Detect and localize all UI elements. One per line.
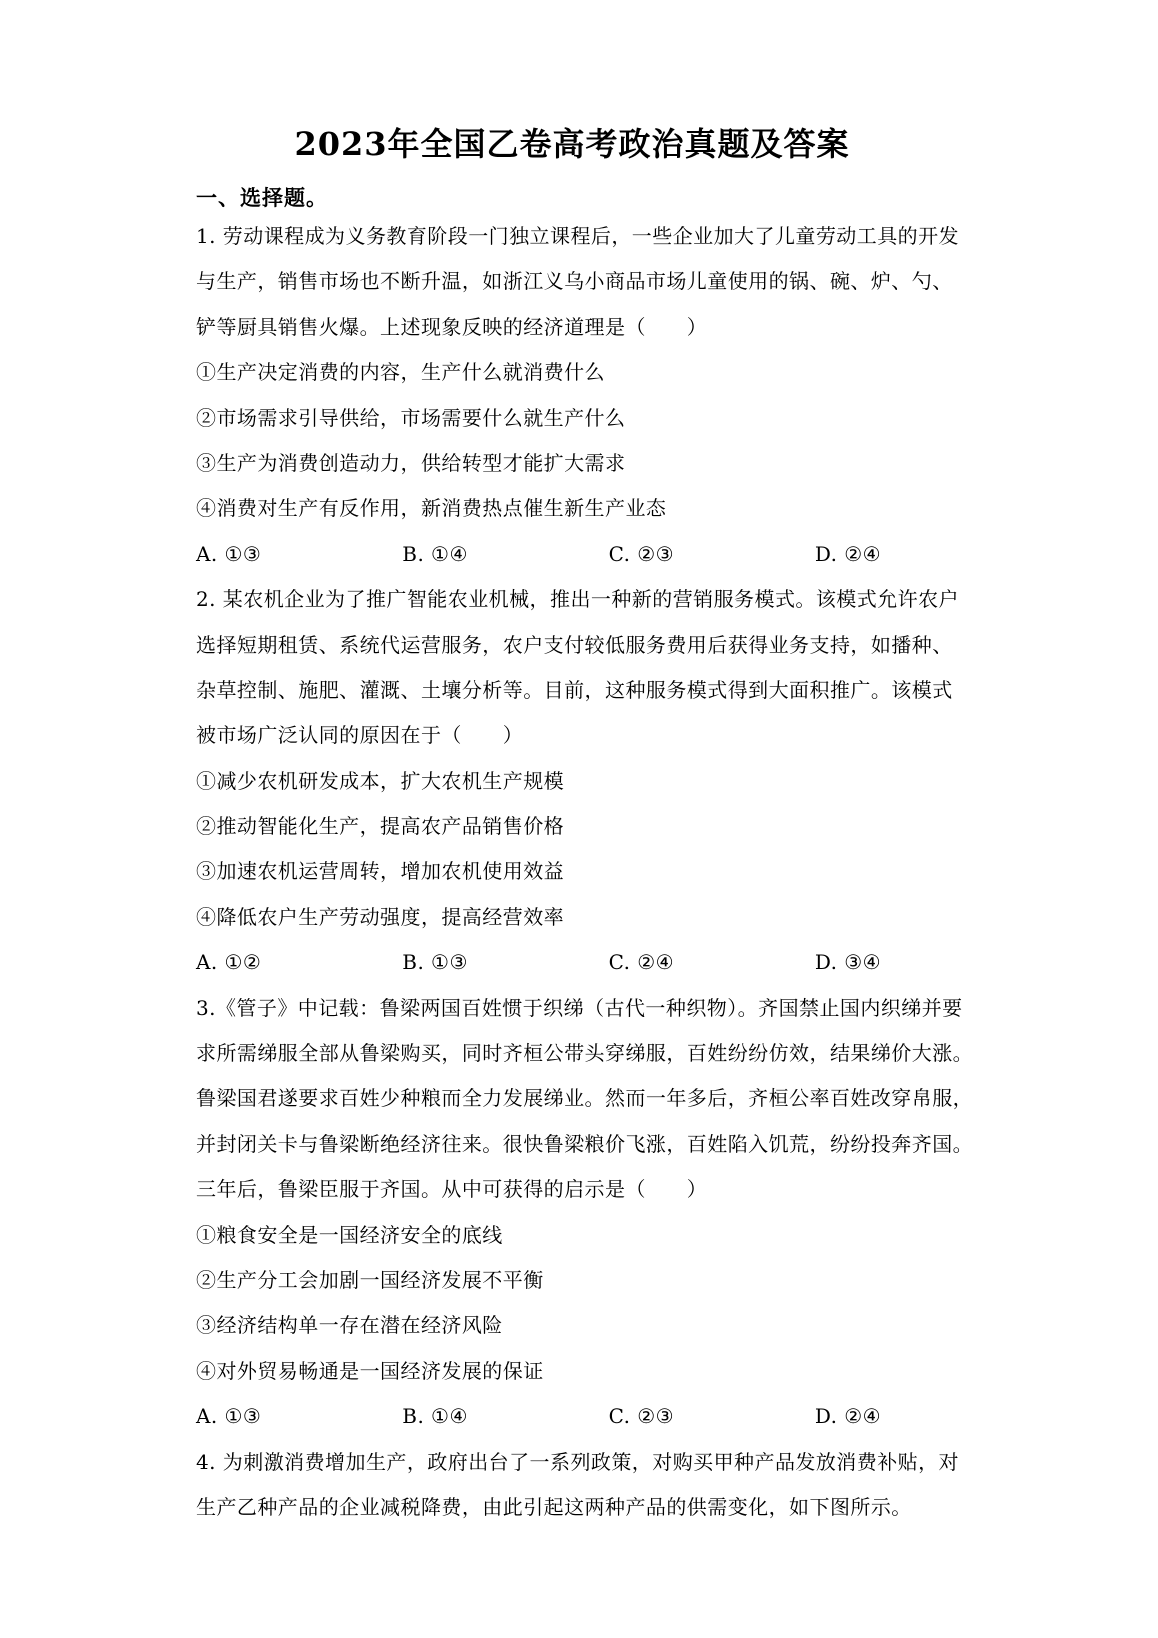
question-1-line-6: ③生产为消费创造动力，供给转型才能扩大需求 [196, 441, 948, 486]
question-3-line-6: ①粮食安全是一国经济安全的底线 [196, 1213, 948, 1258]
document-content: 2023年全国乙卷高考政治真题及答案 一、选择题。 1. 劳动课程成为义务教育阶… [196, 0, 948, 1530]
question-1-option-C: C. ②③ [609, 532, 815, 577]
question-3-line-1: 3.《管子》中记载：鲁梁两国百姓惯于织绨（古代一种织物）。齐国禁止国内织绨并要 [196, 986, 948, 1031]
question-3-option-B: B. ①④ [402, 1394, 608, 1439]
question-1-line-4: ①生产决定消费的内容，生产什么就消费什么 [196, 350, 948, 395]
question-2-option-B: B. ①③ [402, 940, 608, 985]
question-1-option-B: B. ①④ [402, 532, 608, 577]
section-heading: 一、选择题。 [196, 181, 948, 214]
question-3-line-7: ②生产分工会加剧一国经济发展不平衡 [196, 1258, 948, 1303]
document-title: 2023年全国乙卷高考政治真题及答案 [196, 0, 948, 168]
questions-container: 1. 劳动课程成为义务教育阶段一门独立课程后，一些企业加大了儿童劳动工具的开发与… [196, 214, 948, 1530]
question-1-line-3: 铲等厨具销售火爆。上述现象反映的经济道理是（ ） [196, 305, 948, 350]
question-2-line-5: ①减少农机研发成本，扩大农机生产规模 [196, 759, 948, 804]
question-3-line-3: 鲁梁国君遂要求百姓少种粮而全力发展绨业。然而一年多后，齐桓公率百姓改穿帛服， [196, 1076, 948, 1121]
question-2-line-2: 选择短期租赁、系统代运营服务，农户支付较低服务费用后获得业务支持，如播种、 [196, 623, 948, 668]
question-2-line-1: 2. 某农机企业为了推广智能农业机械，推出一种新的营销服务模式。该模式允许农户 [196, 577, 948, 622]
question-4-line-1: 4. 为刺激消费增加生产，政府出台了一系列政策，对购买甲种产品发放消费补贴，对 [196, 1440, 948, 1485]
question-1-line-5: ②市场需求引导供给，市场需要什么就生产什么 [196, 396, 948, 441]
question-3-line-5: 三年后，鲁梁臣服于齐国。从中可获得的启示是（ ） [196, 1167, 948, 1212]
question-2-option-C: C. ②④ [609, 940, 815, 985]
question-3-line-8: ③经济结构单一存在潜在经济风险 [196, 1303, 948, 1348]
question-3-option-D: D. ②④ [815, 1394, 881, 1439]
question-2-option-D: D. ③④ [815, 940, 881, 985]
question-3-options-row: A. ①③B. ①④C. ②③D. ②④ [196, 1394, 948, 1439]
question-2-line-3: 杂草控制、施肥、灌溉、土壤分析等。目前，这种服务模式得到大面积推广。该模式 [196, 668, 948, 713]
question-3-option-A: A. ①③ [196, 1394, 402, 1439]
question-1-option-A: A. ①③ [196, 532, 402, 577]
question-2-line-4: 被市场广泛认同的原因在于（ ） [196, 713, 948, 758]
question-4-line-2: 生产乙种产品的企业减税降费，由此引起这两种产品的供需变化，如下图所示。 [196, 1485, 948, 1530]
question-1-option-D: D. ②④ [815, 532, 881, 577]
question-1-line-7: ④消费对生产有反作用，新消费热点催生新生产业态 [196, 486, 948, 531]
question-2-option-A: A. ①② [196, 940, 402, 985]
question-3-line-4: 并封闭关卡与鲁梁断绝经济往来。很快鲁梁粮价飞涨，百姓陷入饥荒，纷纷投奔齐国。 [196, 1122, 948, 1167]
question-3-option-C: C. ②③ [609, 1394, 815, 1439]
question-3-line-9: ④对外贸易畅通是一国经济发展的保证 [196, 1349, 948, 1394]
question-1-options-row: A. ①③B. ①④C. ②③D. ②④ [196, 532, 948, 577]
question-2-line-6: ②推动智能化生产，提高农产品销售价格 [196, 804, 948, 849]
question-1-line-2: 与生产，销售市场也不断升温，如浙江义乌小商品市场儿童使用的锅、碗、炉、勺、 [196, 259, 948, 304]
question-2-line-7: ③加速农机运营周转，增加农机使用效益 [196, 849, 948, 894]
question-2-line-8: ④降低农户生产劳动强度，提高经营效率 [196, 895, 948, 940]
question-1-line-1: 1. 劳动课程成为义务教育阶段一门独立课程后，一些企业加大了儿童劳动工具的开发 [196, 214, 948, 259]
question-3-line-2: 求所需绨服全部从鲁梁购买，同时齐桓公带头穿绨服，百姓纷纷仿效，结果绨价大涨。 [196, 1031, 948, 1076]
exam-document-page: 2023年全国乙卷高考政治真题及答案 一、选择题。 1. 劳动课程成为义务教育阶… [0, 0, 1158, 1638]
question-2-options-row: A. ①②B. ①③C. ②④D. ③④ [196, 940, 948, 985]
